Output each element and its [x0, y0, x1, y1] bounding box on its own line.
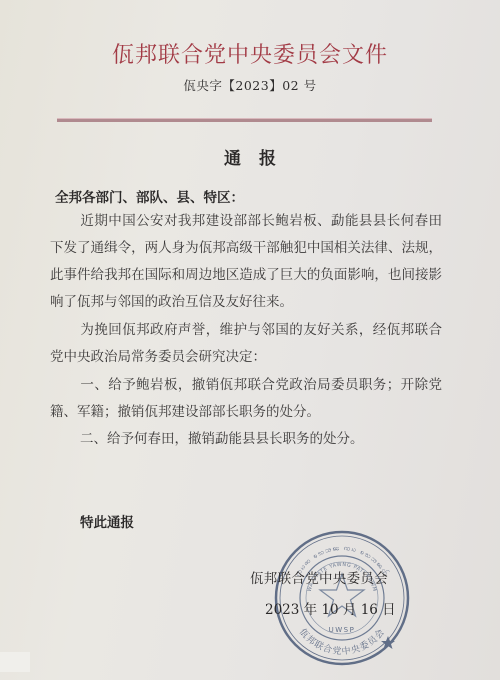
body-paragraph-2: 为挽回佤邦政府声誉，维护与邻国的友好关系，经佤邦联合党中央政治局常务委员会研究决…: [50, 317, 442, 371]
paragraph-text: 一、给予鲍岩板，撤销佤邦联合党政治局委员职务；开除党籍、军籍；撤销佤邦建设部部长…: [50, 377, 442, 420]
body-paragraph-3: 一、给予鲍岩板，撤销佤邦联合党政治局委员职务；开除党籍、军籍；撤销佤邦建设部部长…: [50, 372, 442, 426]
signature-date: 2023 年 10 月 16 日: [265, 598, 396, 618]
document-number: 佤央字【2023】02 号: [0, 76, 500, 94]
signature-organization: 佤邦联合党中央委员会: [250, 567, 388, 587]
body-paragraph-1: 近期中国公安对我邦建设部部长鲍岩板、勐能县县长何春田下发了通缉令，两人身为佤邦高…: [50, 208, 442, 316]
document-page: 佤邦联合党中央委员会文件 佤央字【2023】02 号 通报 全邦各部门、部队、县…: [0, 0, 500, 680]
paragraph-text: 近期中国公安对我邦建设部部长鲍岩板、勐能县县长何春田下发了通缉令，两人身为佤邦高…: [50, 213, 442, 310]
body-paragraph-4: 二、给予何春田，撤销勐能县县长职务的处分。: [50, 426, 442, 453]
addressee: 全邦各部门、部队、县、特区：: [55, 186, 244, 206]
paragraph-text: 二、给予何春田，撤销勐能县县长职务的处分。: [80, 431, 364, 447]
notice-title: 通报: [0, 144, 500, 169]
watermark-overlay: [0, 652, 30, 672]
svg-text:UWSP: UWSP: [329, 626, 356, 634]
closing-text: 特此通报: [80, 511, 134, 531]
paragraph-text: 为挽回佤邦政府声誉，维护与邻国的友好关系，经佤邦联合党中央政治局常务委员会研究决…: [50, 322, 442, 365]
document-header-title: 佤邦联合党中央委员会文件: [0, 38, 500, 69]
header-divider: [57, 118, 432, 122]
